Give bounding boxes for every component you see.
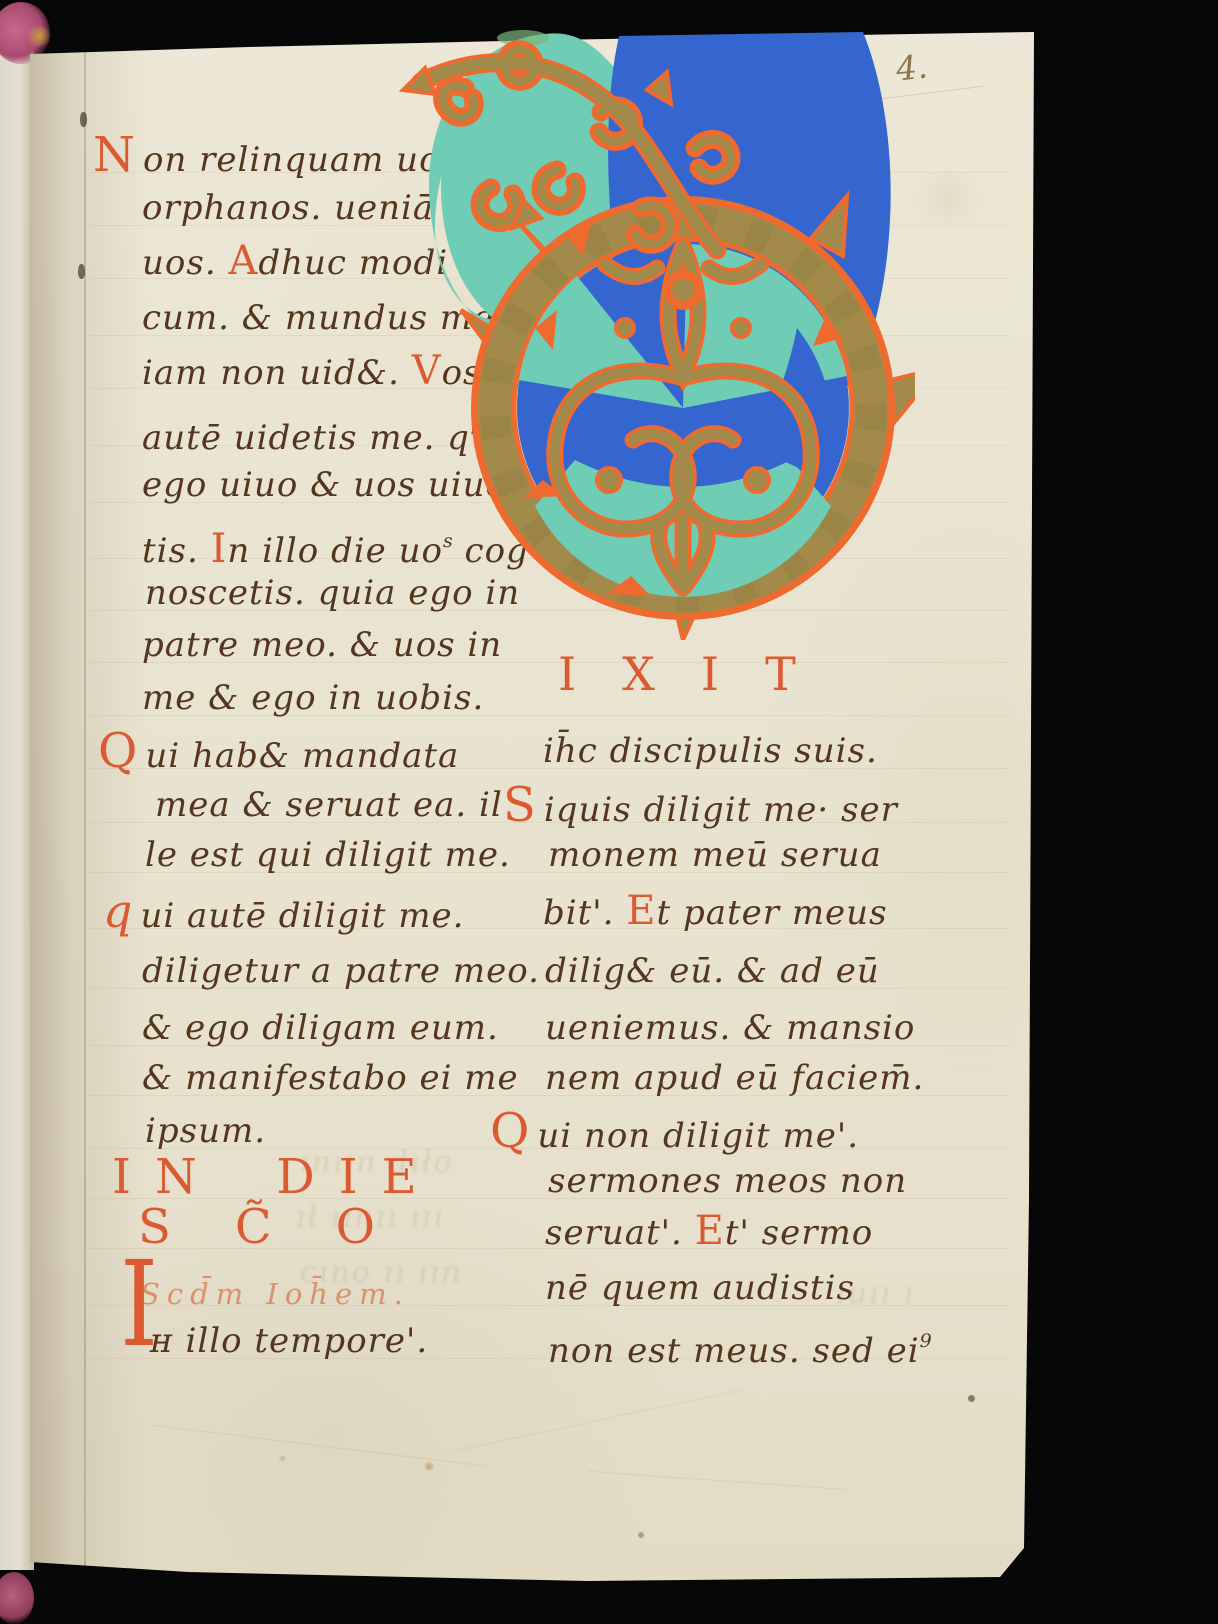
- manuscript-photo: ııuı ıuııı ınılıınıın dıłoıł ıınıı ıııcı…: [0, 0, 1218, 1624]
- text-line: monem meū serua: [548, 829, 882, 881]
- text-line: le est qui diligit me.: [145, 829, 511, 881]
- script-text: & ego diligam eum.: [142, 1008, 499, 1048]
- rubric-line: IXIT: [558, 648, 842, 700]
- text-line: non est meus. sed ei9: [548, 1315, 932, 1377]
- script-text: ui autē diligit me.: [140, 896, 464, 936]
- text-line: ʜ illo tempore'.: [150, 1315, 428, 1367]
- script-text: dilig& eū. & ad eū: [545, 951, 880, 991]
- script-text: monem meū serua: [548, 835, 882, 875]
- rubric-line: Scd̄m Ioh̄em.: [140, 1268, 410, 1320]
- script-text: mea & seruat ea. il: [155, 785, 503, 825]
- script-text: uos.: [142, 243, 228, 283]
- script-text: SC̃O: [138, 1199, 439, 1255]
- script-text: non est meus. sed ei: [548, 1331, 920, 1371]
- text-line: & manifestabo ei me: [142, 1052, 519, 1104]
- red-capital: E: [695, 1208, 725, 1254]
- text-line: qui autē diligit me.: [103, 885, 464, 942]
- script-text: diligetur a patre meo.: [142, 951, 540, 991]
- parchment-wrinkle: [588, 1471, 847, 1490]
- script-text: ui hab& mandata: [145, 736, 459, 776]
- large-red-initial-I: I: [120, 1244, 158, 1364]
- ink-speck: [968, 1395, 975, 1402]
- rust-speck: [278, 1455, 287, 1462]
- script-text: iam non uid&.: [142, 353, 412, 393]
- parchment-wrinkle: [149, 1424, 487, 1466]
- script-text: nē quem audistis: [545, 1268, 855, 1308]
- text-line: seruat'. Et' sermo: [545, 1205, 873, 1259]
- endband-gold-thread: [26, 26, 52, 46]
- script-text: ui non diligit me'.: [537, 1116, 859, 1156]
- script-text: nem apud eū faciem̄.: [545, 1058, 924, 1098]
- previous-folio-edge: [0, 42, 34, 1570]
- parchment-wrinkle: [451, 1389, 745, 1452]
- text-line: me & ego in uobis.: [142, 672, 484, 724]
- text-line: ih̄c discipulis suis.: [543, 725, 878, 777]
- parchment-stain: [908, 170, 988, 225]
- text-line: sermones meos non: [548, 1155, 907, 1207]
- text-line: diligetur a patre meo.: [142, 945, 540, 997]
- script-text: ueniemus. & mansio: [545, 1008, 915, 1048]
- pink-endband-bottom: [0, 1572, 34, 1624]
- script-text: seruat'.: [545, 1213, 695, 1253]
- script-text: Scd̄m Ioh̄em.: [140, 1277, 410, 1311]
- sewing-hole: [80, 112, 87, 127]
- script-text: IXIT: [558, 647, 842, 701]
- text-line: & ego diligam eum.: [142, 1002, 499, 1054]
- script-text: ʜ illo tempore'.: [150, 1321, 428, 1361]
- script-text: ih̄c discipulis suis.: [543, 731, 878, 771]
- red-initial: Q: [490, 1103, 530, 1159]
- sewing-hole: [78, 264, 85, 279]
- red-capital: E: [626, 888, 656, 934]
- red-initial: S: [503, 777, 537, 833]
- script-text: t pater meus: [656, 893, 887, 933]
- text-line: Qui hab& mandata: [98, 725, 459, 782]
- script-text: bit'.: [543, 893, 626, 933]
- script-text: ipsum.: [145, 1111, 266, 1151]
- script-text: 9: [920, 1330, 932, 1352]
- script-text: me & ego in uobis.: [142, 678, 484, 718]
- script-text: IN DIE: [112, 1149, 441, 1205]
- script-text: iquis diligit me· ser: [544, 790, 898, 830]
- script-text: tis.: [142, 531, 211, 571]
- red-initial: N: [93, 127, 136, 183]
- text-line: dilig& eū. & ad eū: [545, 945, 880, 997]
- text-line: nē quem audistis: [545, 1262, 855, 1314]
- script-text: sermones meos non: [548, 1161, 907, 1201]
- rust-speck: [423, 1462, 435, 1471]
- text-line: ueniemus. & mansio: [545, 1002, 915, 1054]
- red-initial: Q: [98, 723, 138, 779]
- text-line: Siquis diligit me· ser: [503, 779, 898, 836]
- text-line: Qui non diligit me'.: [490, 1105, 859, 1162]
- ink-speck: [638, 1532, 644, 1538]
- red-initial: q: [103, 884, 133, 938]
- script-text: & manifestabo ei me: [142, 1058, 519, 1098]
- script-text: t' sermo: [725, 1213, 873, 1253]
- text-line: mea & seruat ea. il: [155, 779, 503, 831]
- script-text: le est qui diligit me.: [145, 835, 511, 875]
- illuminated-initial-D: ?: [395, 28, 915, 640]
- rubric-line: SC̃O: [138, 1201, 439, 1253]
- text-line: nem apud eū faciem̄.: [545, 1052, 924, 1104]
- rubric-line: IN DIE: [112, 1151, 441, 1203]
- red-capital: I: [211, 526, 228, 572]
- red-capital: A: [228, 238, 258, 284]
- text-line: bit'. Et pater meus: [543, 885, 888, 939]
